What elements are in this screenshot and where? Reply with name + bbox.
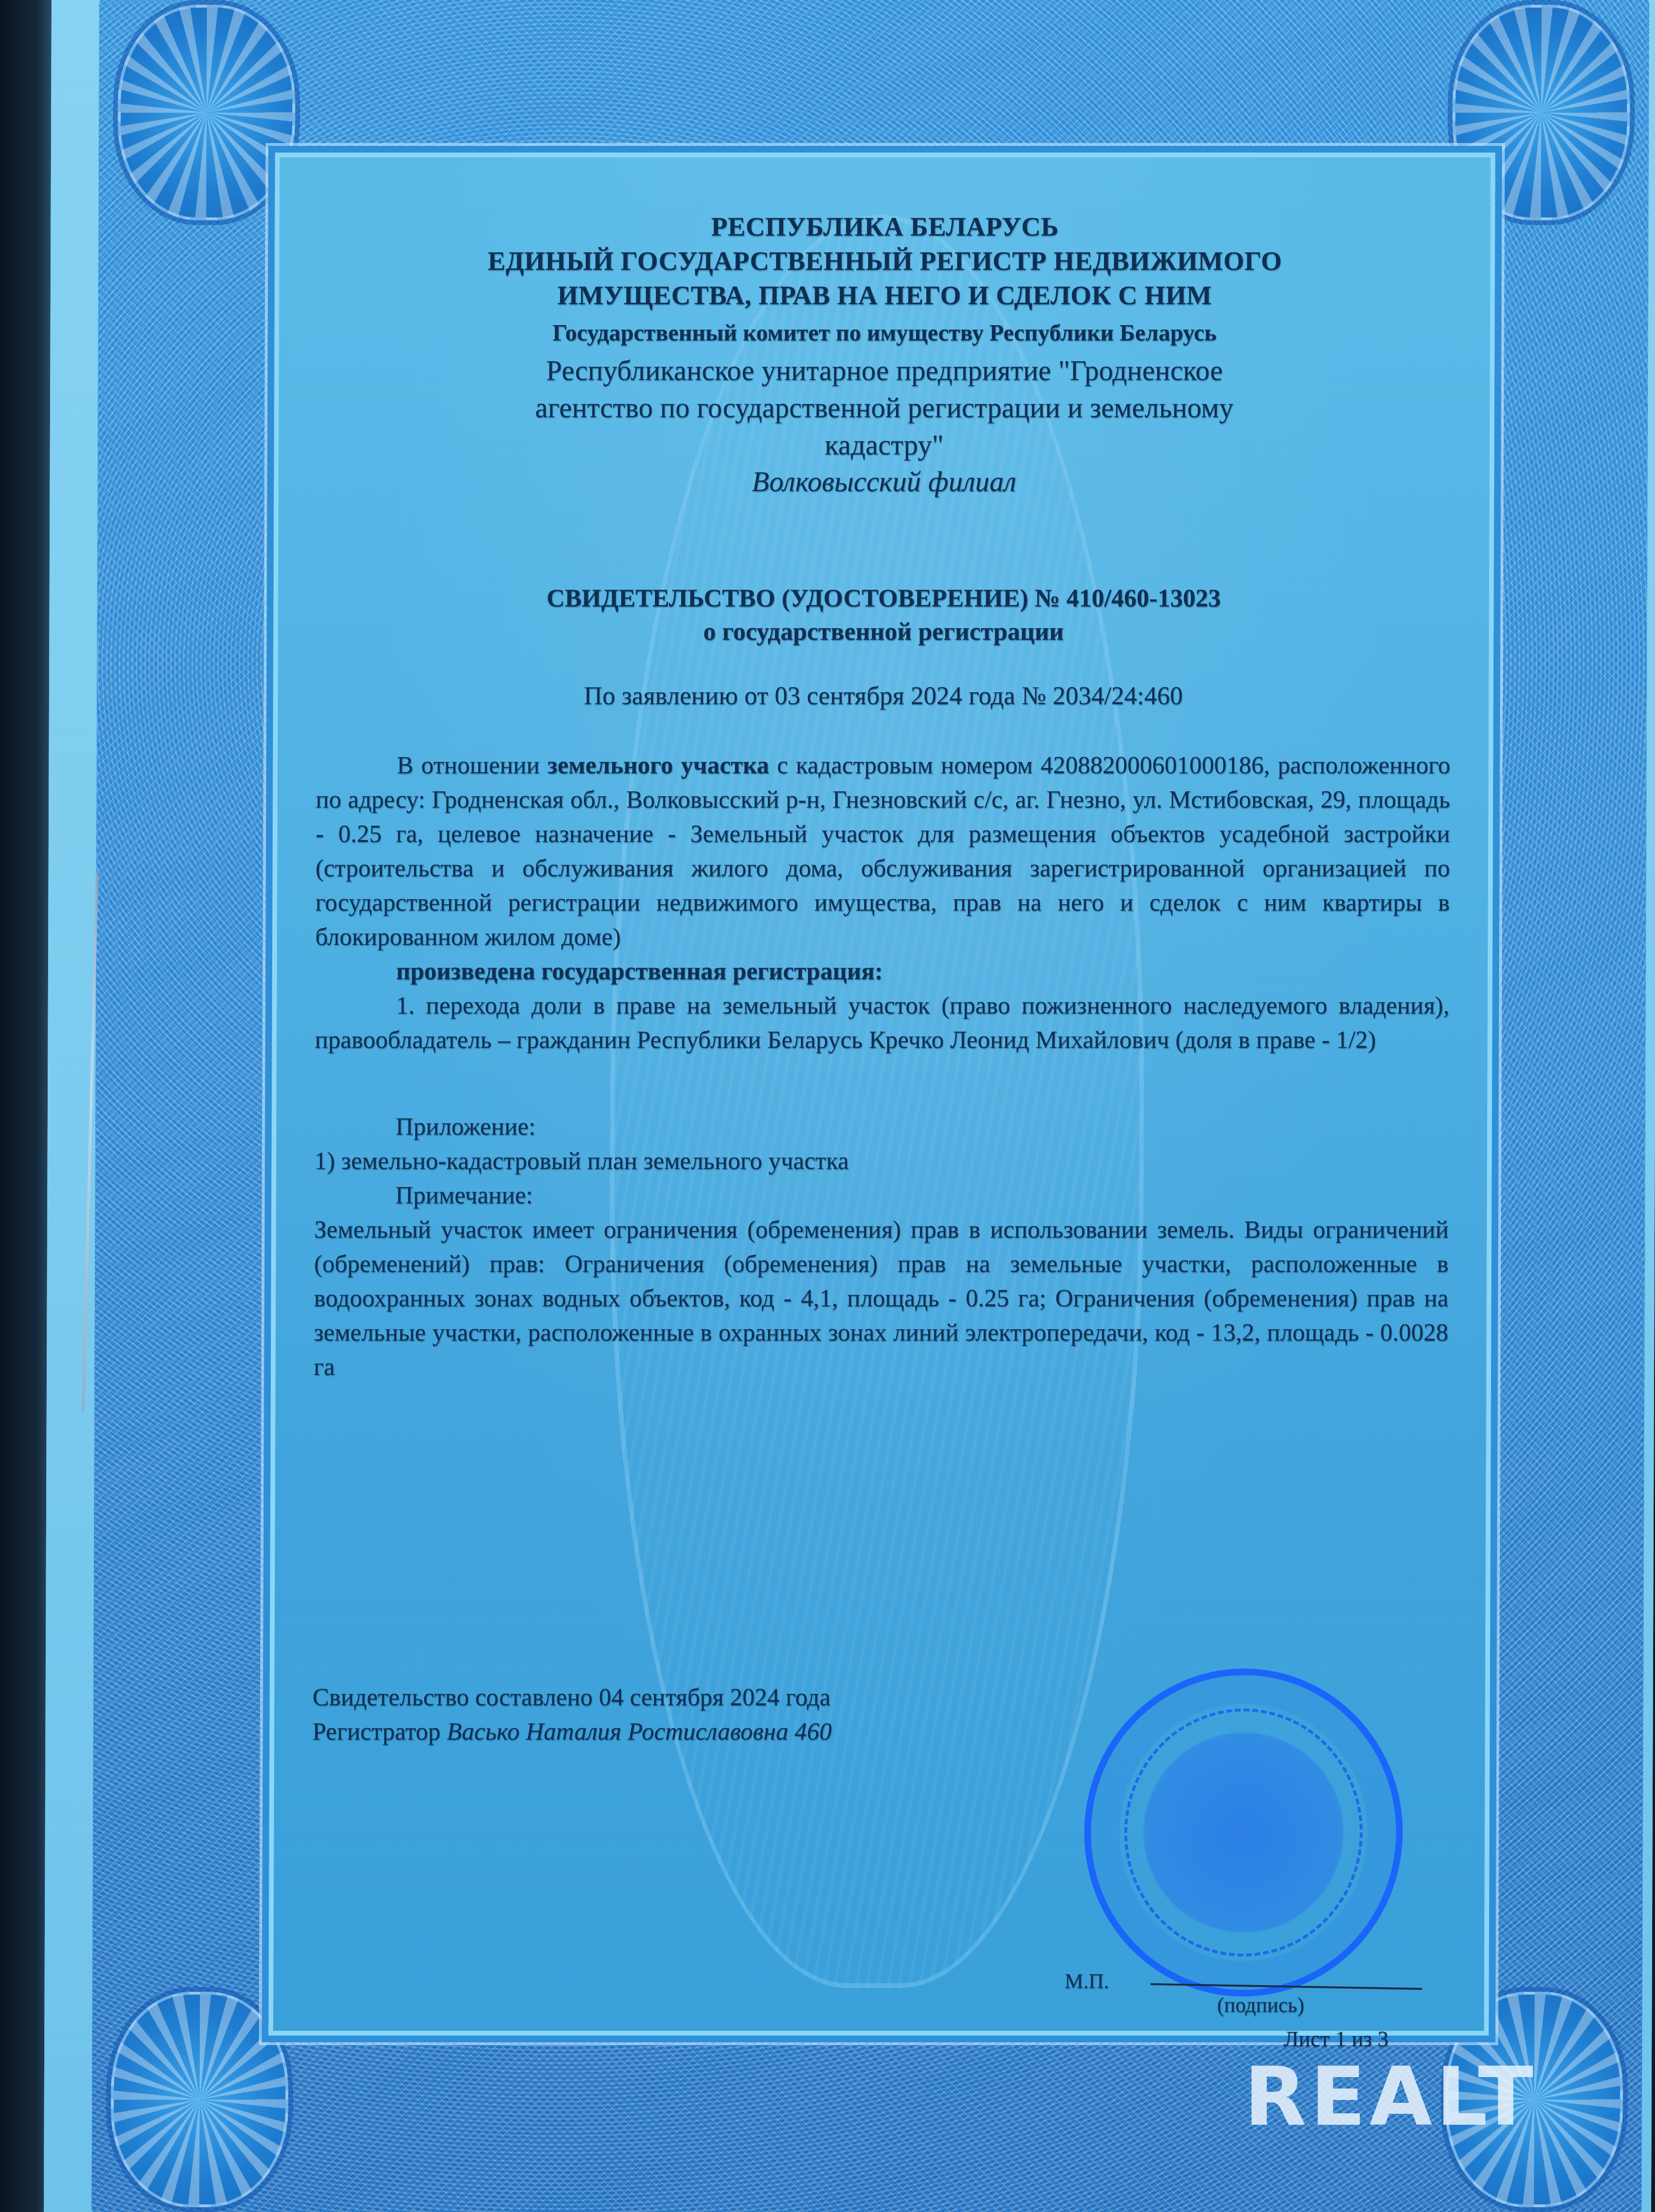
- intro-rest: с кадастровым номером 420882000601000186…: [315, 752, 1450, 951]
- seal-ring: [1124, 1709, 1363, 1956]
- note-label: Примечание:: [314, 1178, 1449, 1213]
- corner-rosette-bottom-left: [111, 1992, 289, 2207]
- intro-bold: земельного участка: [547, 752, 769, 779]
- committee-name: Государственный комитет по имуществу Рес…: [317, 317, 1452, 349]
- document-body: В отношении земельного участка с кадастр…: [314, 748, 1451, 1384]
- registry-title-line1: ЕДИНЫЙ ГОСУДАРСТВЕННЫЙ РЕГИСТР НЕДВИЖИМО…: [317, 244, 1452, 278]
- registry-title-line2: ИМУЩЕСТВА, ПРАВ НА НЕГО И СДЕЛОК С НИМ: [317, 278, 1452, 313]
- sheet-number: Лист 1 из 3: [1284, 2026, 1389, 2051]
- appendix-item: 1) земельно-кадастровый план земельного …: [314, 1144, 1449, 1178]
- registrar-label: Регистратор: [312, 1718, 447, 1745]
- organization-line2: агентство по государственной регистрации…: [317, 389, 1451, 426]
- realt-watermark-logo: REALT: [1244, 2050, 1537, 2144]
- certificate-heading: СВИДЕТЕЛЬСТВО (УДОСТОВЕРЕНИЕ) № 410/460-…: [316, 582, 1451, 714]
- organization-line1: Республиканское унитарное предприятие "Г…: [317, 352, 1451, 389]
- official-seal: [1083, 1669, 1403, 1997]
- registrar-name: Васько Наталия Ростиславовна 460: [447, 1718, 832, 1745]
- certificate-sheet: РЕСПУБЛИКА БЕЛАРУСЬ ЕДИНЫЙ ГОСУДАРСТВЕНН…: [44, 0, 1655, 2212]
- organization-line3: кадастру": [317, 426, 1451, 463]
- corner-rosette-top-left: [117, 5, 296, 220]
- country-title: РЕСПУБЛИКА БЕЛАРУСЬ: [317, 210, 1452, 244]
- registration-heading: произведена государственная регистрация:: [315, 954, 1450, 989]
- seal-label: М.П.: [1065, 1969, 1109, 1993]
- note-text: Земельный участок имеет ограничения (обр…: [314, 1213, 1449, 1384]
- registration-item: 1. перехода доли в праве на земельный уч…: [315, 989, 1450, 1057]
- application-reference: По заявлению от 03 сентября 2024 года № …: [316, 677, 1451, 714]
- signature-caption: (подпись): [1217, 1993, 1304, 2017]
- branch-name: Волковысский филиал: [317, 463, 1451, 500]
- document-header: РЕСПУБЛИКА БЕЛАРУСЬ ЕДИНЫЙ ГОСУДАРСТВЕНН…: [317, 210, 1452, 500]
- appendix-label: Приложение:: [315, 1110, 1449, 1144]
- certificate-content: РЕСПУБЛИКА БЕЛАРУСЬ ЕДИНЫЙ ГОСУДАРСТВЕНН…: [268, 153, 1495, 2036]
- certificate-title: СВИДЕТЕЛЬСТВО (УДОСТОВЕРЕНИЕ) № 410/460-…: [317, 582, 1451, 615]
- certificate-subtitle: о государственной регистрации: [316, 615, 1451, 648]
- property-description: В отношении земельного участка с кадастр…: [315, 748, 1451, 954]
- intro-prefix: В отношении: [397, 752, 547, 779]
